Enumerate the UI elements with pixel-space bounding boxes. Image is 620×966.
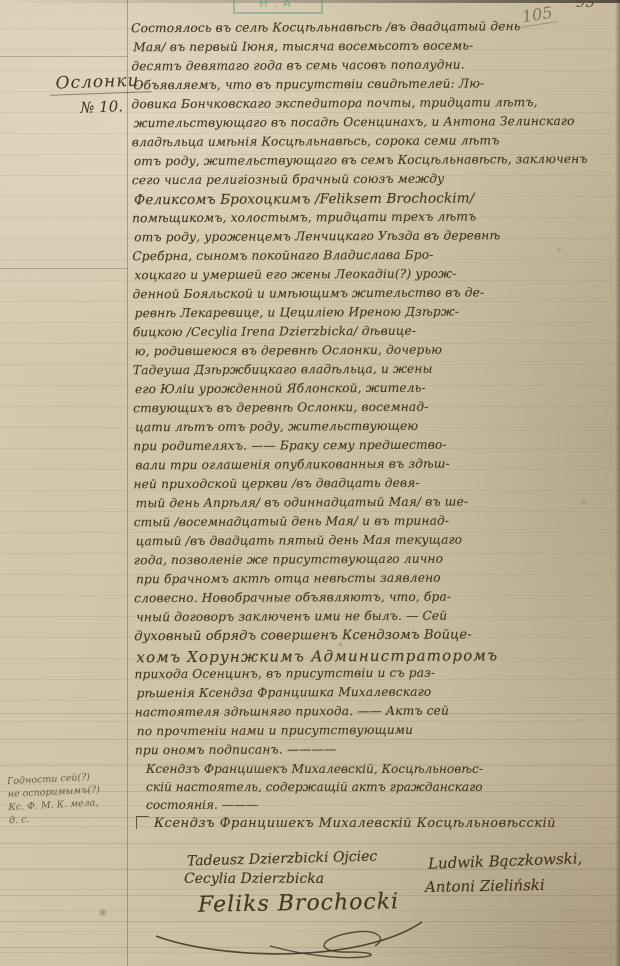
act-line: отъ роду, жительствующаго въ семъ Косцѣл… <box>134 152 612 174</box>
bracket-mark <box>136 816 149 829</box>
act-line: по прочтеніи нами и присутствующими <box>137 722 615 744</box>
margin-note: Годности сей(?)не оспоримымъ(?)Кс. Ф. М.… <box>7 769 130 827</box>
closing-statement: Ксендзъ Францишекъ Михалевскій, Косцѣльн… <box>146 762 606 816</box>
act-line: Состоялось въ селѣ Косцѣльнавѣсѣ /въ два… <box>131 19 611 41</box>
margin-hline-top <box>0 56 127 57</box>
act-line: жительствующаго въ посадѣ Осенцинахъ, и … <box>134 114 612 136</box>
act-line: при брачномъ актѣ отца невѣсты заявлено <box>136 570 614 592</box>
act-line: десятъ девятаго года въ семь часовъ попо… <box>131 57 611 79</box>
act-line: чный договоръ заключенъ ими не былъ. — С… <box>136 608 614 630</box>
act-line: владѣльца имѣнія Косцѣльнавѣсь, сорока с… <box>132 133 612 155</box>
paper-stain <box>98 908 108 917</box>
signature-father: Tadeusz Dzierzbicki Ojciec <box>187 849 378 870</box>
act-line: довика Бончковскаго экспедитора почты, т… <box>131 95 611 117</box>
act-line: рѣшенія Ксендза Францишка Михалевскаго <box>137 684 615 706</box>
act-line: отъ роду, уроженцемъ Ленчицкаго Уѣзда въ… <box>134 228 612 250</box>
closing-line: состоянія. ——— <box>146 798 606 816</box>
archive-stamp: Н.А <box>233 0 323 14</box>
act-line: хомъ Хорунжкимъ Администраторомъ <box>136 646 614 668</box>
act-line: его Юліи урожденной Яблонской, житель- <box>135 380 613 402</box>
closing-line: Ксендзъ Францишекъ Михалевскій, Косцѣльн… <box>146 762 606 780</box>
act-line: при родителяхъ. —— Браку сему предшество… <box>133 437 613 459</box>
act-line: стый /восемнадцатый день Мая/ и въ трина… <box>134 513 614 535</box>
act-line: словесно. Новобрачные объявляютъ, что, б… <box>134 589 614 611</box>
act-line: ревнѣ Лекаревице, и Цециліею Иреною Дзѣр… <box>135 304 613 326</box>
act-line: прихода Осенцинъ, въ присутствіи и съ ра… <box>134 665 614 687</box>
act-line: денной Бояльской и имѣющимъ жительство в… <box>132 285 612 307</box>
act-line: хоцкаго и умершей его жены Леокадіи(?) у… <box>134 266 612 288</box>
register-page-scan: Ослонки. № 10. Н.А 105 93 Состоялось въ … <box>0 0 620 966</box>
signature-flourish <box>150 908 450 966</box>
act-line: Тадеуша Дзѣржбицкаго владѣльца, и жены <box>133 361 613 383</box>
act-line: сего числа религіозный брачный союзъ меж… <box>132 171 612 193</box>
act-line: бицкою /Cecylia Irena Dzierzbicka/ дѣвиц… <box>133 323 613 345</box>
act-line: ней приходской церкви /въ двадцать девя- <box>133 475 613 497</box>
margin-rule-line <box>127 0 128 966</box>
act-line: вали три оглашенія опубликованныя въ здѣ… <box>135 456 613 478</box>
margin-hline-mid <box>0 268 128 269</box>
act-line: цатый /въ двадцать пятый день Мая текуща… <box>136 532 614 554</box>
act-line: настоятеля здѣшняго прихода. —— Актъ сей <box>135 703 615 725</box>
page-right-edge <box>615 0 620 966</box>
priest-signature-line: Ксендзъ Францишекъ Михалевскій Косцѣльно… <box>154 816 556 831</box>
act-line: духовный обрядъ совершенъ Ксендзомъ Войц… <box>134 627 614 649</box>
act-line: Сребрна, сыномъ покойнаго Владислава Бро… <box>132 247 612 269</box>
act-line: ю, родившеюся въ деревнѣ Ослонки, дочерь… <box>135 342 613 364</box>
cropped-corner-numerals: 93 <box>576 0 595 11</box>
act-line: года, позволеніе же присутствующаго личн… <box>134 551 614 573</box>
signature-bride: Cecylia Dzierzbicka <box>184 871 324 887</box>
act-line: тый день Апрѣля/ въ одиннадцатый Мая/ въ… <box>136 494 614 516</box>
act-line: при ономъ подписанъ. ———— <box>135 741 615 763</box>
signature-witness-2: Antoni Zieliński <box>425 876 545 896</box>
act-line: ствующихъ въ деревнѣ Ослонки, восемнад- <box>133 399 613 421</box>
act-line: цати лѣтъ отъ роду, жительствующею <box>135 418 613 440</box>
act-line: помѣщикомъ, холостымъ, тридцати трехъ лѣ… <box>132 209 612 231</box>
act-line: Объявляемъ, что въ присутствіи свидѣтеле… <box>133 76 611 98</box>
closing-line: скій настоятель, содержащій актъ граждан… <box>146 780 606 798</box>
signature-witness-1: Ludwik Bączkowski, <box>428 849 583 872</box>
act-body-text: Состоялось въ селѣ Косцѣльнавѣсѣ /въ два… <box>131 19 615 763</box>
act-line: Мая/ въ первый Іюня, тысяча восемьсотъ в… <box>133 38 611 60</box>
act-line: Феликсомъ Брохоцкимъ /Feliksem Brochocki… <box>134 190 612 212</box>
